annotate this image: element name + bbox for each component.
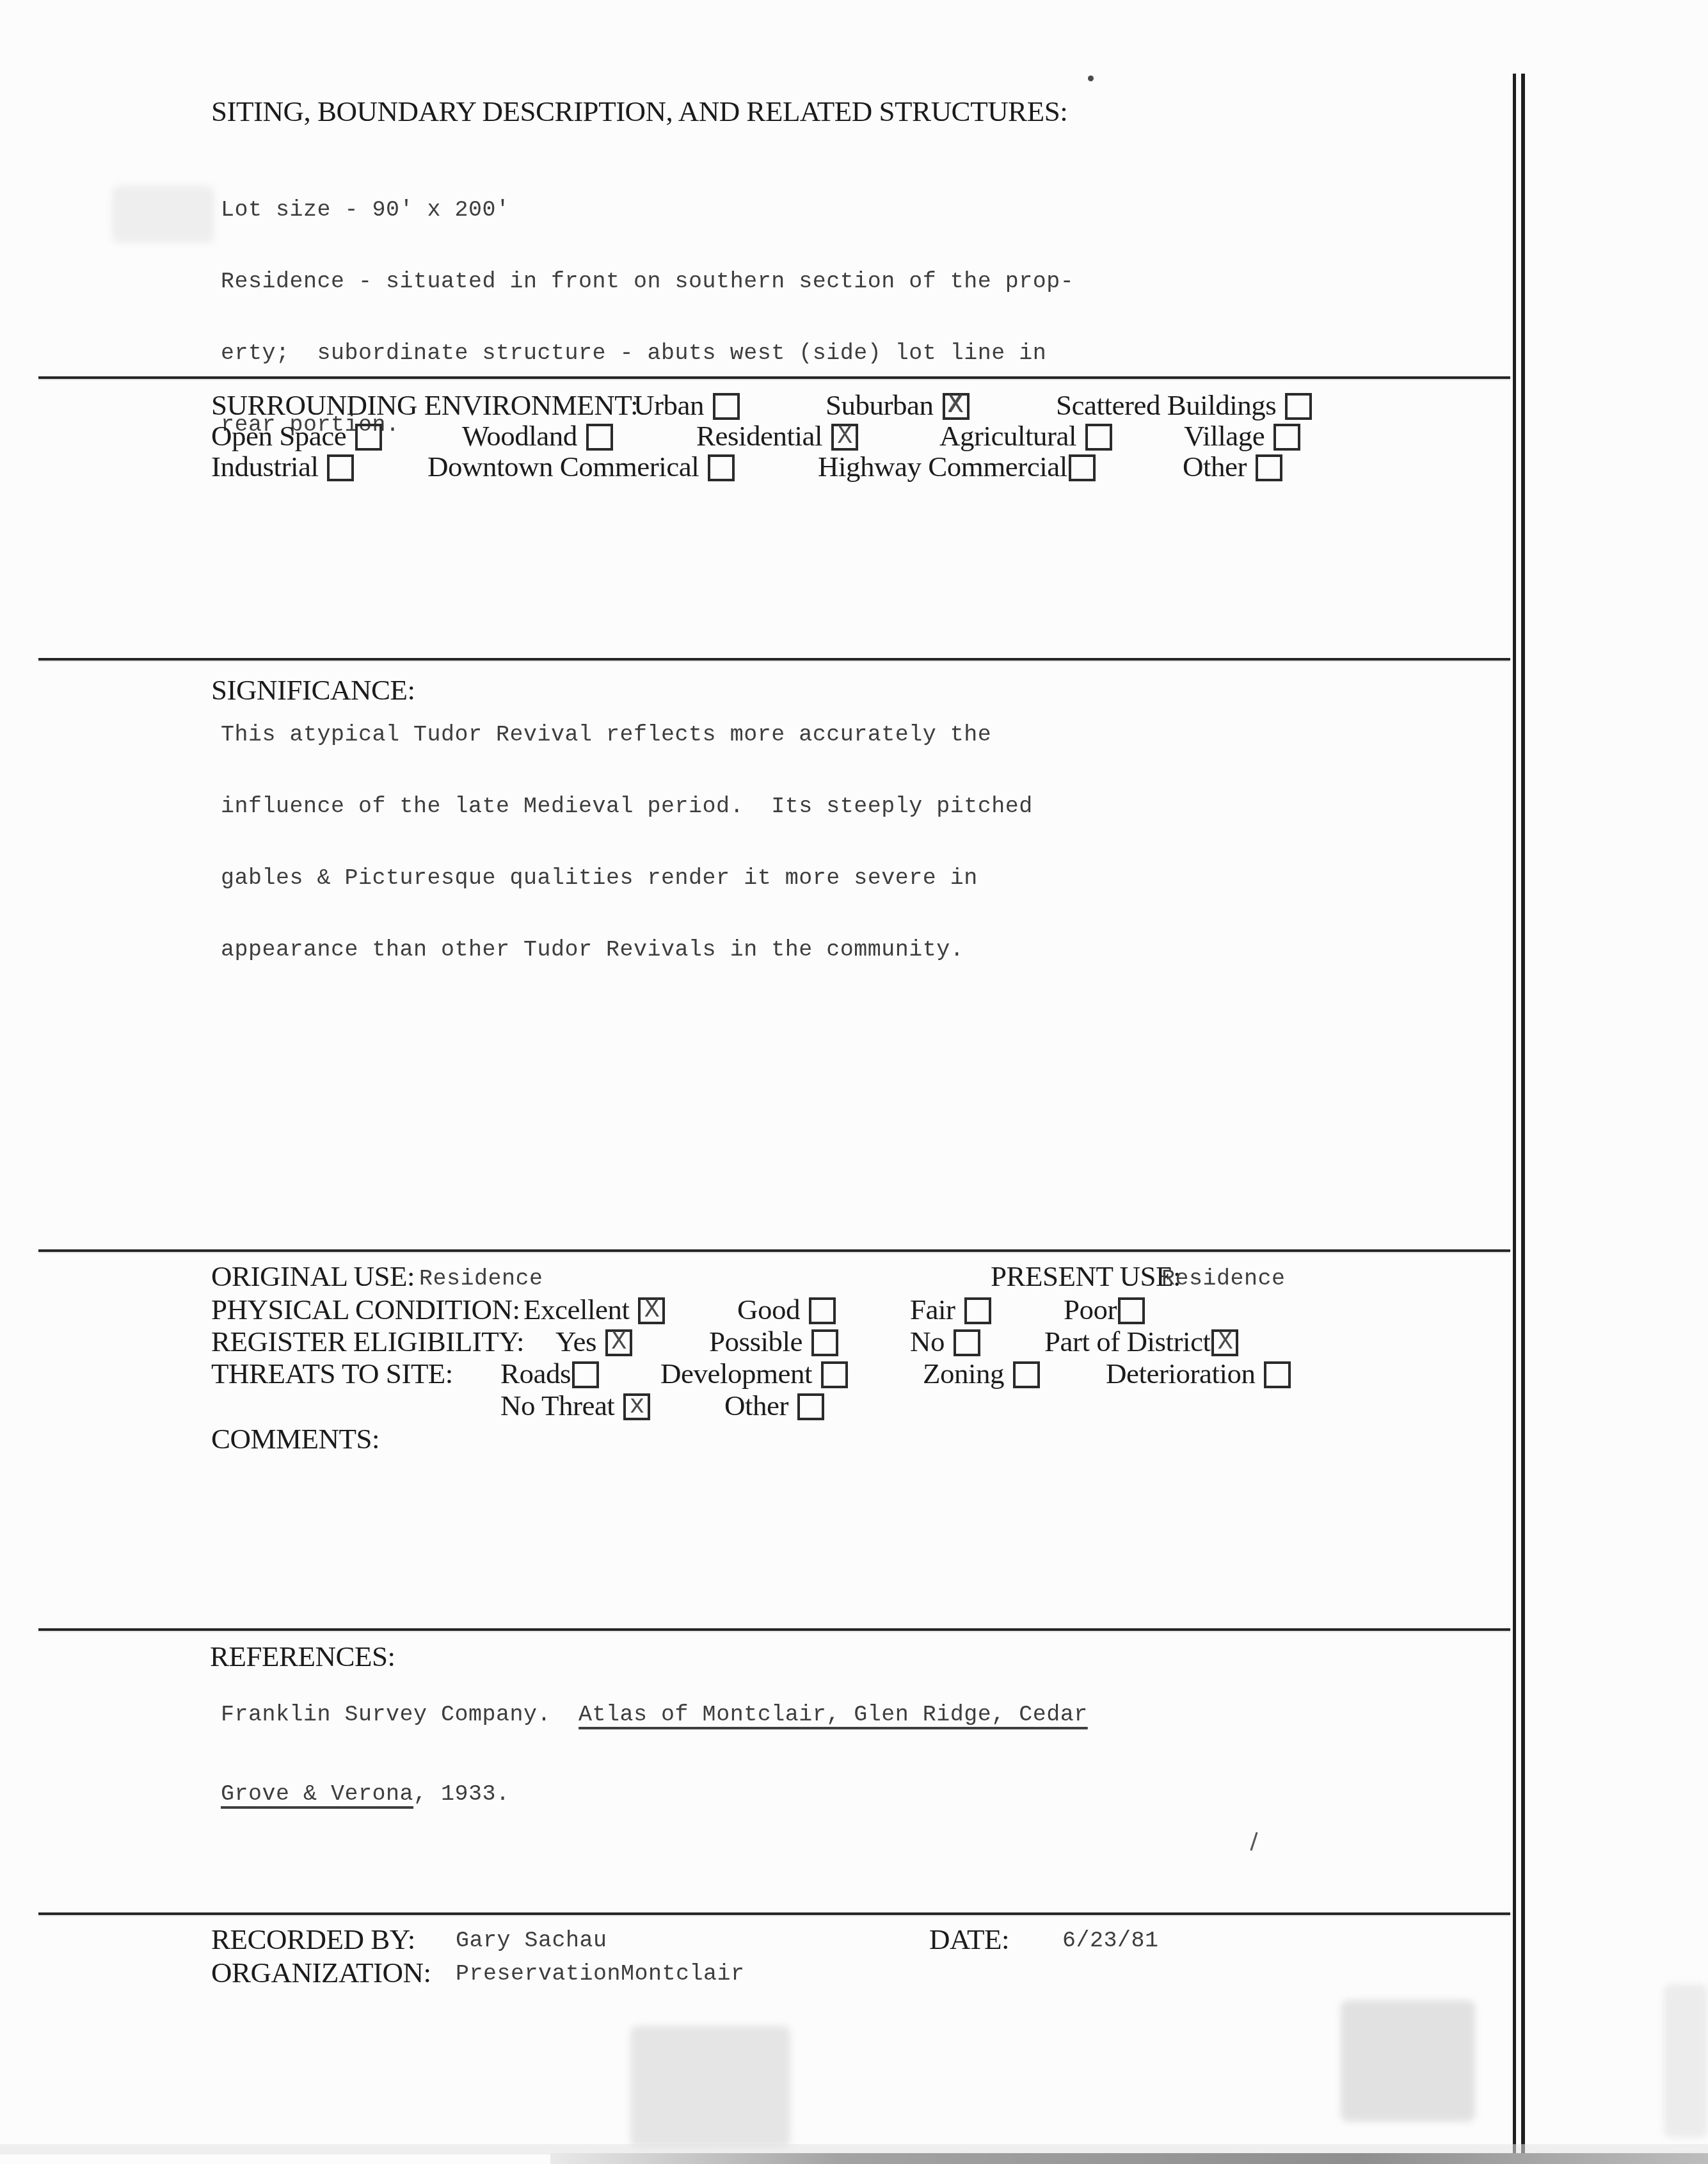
environment-label: SURROUNDING ENVIRONMENT: <box>211 389 638 422</box>
scan-smudge <box>1341 2000 1475 2122</box>
scanned-survey-form-page: SITING, BOUNDARY DESCRIPTION, AND RELATE… <box>0 0 1708 2164</box>
scan-edge-line <box>1521 74 1525 2164</box>
environment-row-3: Industrial Downtown Commerical Highway C… <box>0 450 1708 483</box>
section-divider <box>38 658 1510 661</box>
checkbox-suburban: X <box>943 393 970 420</box>
scan-edge-line <box>1513 74 1516 2164</box>
checkbox-deterioration <box>1264 1361 1291 1388</box>
checkbox-no-threat: x <box>623 1393 650 1420</box>
register-option-part-of-district: Part of District X <box>1044 1325 1238 1358</box>
original-use-value: Residence <box>419 1261 543 1297</box>
checkbox-downtown-commercial <box>708 454 735 481</box>
environment-row-1: SURROUNDING ENVIRONMENT: Urban Suburban … <box>0 389 1708 422</box>
threat-option-zoning: Zoning <box>923 1357 1040 1390</box>
env-option-urban: Urban <box>634 389 740 422</box>
env-option-agricultural: Agricultural <box>939 419 1112 453</box>
env-option-industrial: Industrial <box>211 450 354 483</box>
significance-label: SIGNIFICANCE: <box>211 673 415 707</box>
environment-row-2: Open Space Woodland Residential X Agricu… <box>0 419 1708 453</box>
threats-row-1: THREATS TO SITE: Roads Development Zonin… <box>0 1357 1708 1390</box>
env-option-woodland: Woodland <box>462 419 613 453</box>
checkbox-env-other <box>1256 454 1282 481</box>
checkbox-scattered-buildings <box>1285 393 1312 420</box>
scan-smudge <box>112 186 214 243</box>
checkbox-fair <box>964 1297 991 1324</box>
section-divider <box>38 1249 1510 1252</box>
condition-option-good: Good <box>737 1293 836 1326</box>
condition-option-excellent: Excellent X <box>523 1293 665 1326</box>
env-option-open-space: Open Space <box>211 419 382 453</box>
present-use-label: PRESENT USE: <box>991 1260 1181 1293</box>
checkbox-development <box>821 1361 848 1388</box>
threat-option-development: Development <box>660 1357 848 1390</box>
env-option-village: Village <box>1184 419 1300 453</box>
threat-option-roads: Roads <box>500 1357 599 1390</box>
checkbox-industrial <box>327 454 354 481</box>
date-label: DATE: <box>929 1923 1009 1956</box>
checkbox-threat-other <box>797 1393 824 1420</box>
section-divider <box>38 376 1510 379</box>
checkbox-highway-commercial <box>1069 454 1096 481</box>
register-eligibility-label: REGISTER ELIGIBILITY: <box>211 1325 524 1358</box>
condition-option-fair: Fair <box>910 1293 991 1326</box>
checkbox-village <box>1273 424 1300 451</box>
scan-speck <box>1088 76 1094 81</box>
reference-title-underlined: Atlas of Montclair, Glen Ridge, Cedar <box>579 1702 1088 1727</box>
comments-label: COMMENTS: <box>211 1422 379 1455</box>
scan-pen-mark <box>1250 1832 1257 1850</box>
env-option-downtown-commercial: Downtown Commerical <box>427 450 735 483</box>
scan-smudge <box>1664 1984 1708 2138</box>
threat-option-no-threat: No Threat x <box>500 1389 650 1422</box>
scan-smudge <box>630 2026 790 2147</box>
env-option-other: Other <box>1183 450 1282 483</box>
register-option-possible: Possible <box>709 1325 838 1358</box>
significance-text: This atypical Tudor Revival reflects mor… <box>221 717 1033 968</box>
env-option-suburban: Suburban X X <box>826 389 970 422</box>
checkbox-good <box>809 1297 836 1324</box>
organization-label: ORGANIZATION: <box>211 1956 431 1989</box>
checkbox-excellent: X <box>638 1297 665 1324</box>
recorded-by-label: RECORDED BY: <box>211 1923 415 1956</box>
original-use-label: ORIGINAL USE: <box>211 1260 415 1293</box>
checkbox-woodland <box>586 424 613 451</box>
checkbox-agricultural <box>1085 424 1112 451</box>
section-divider <box>38 1628 1510 1631</box>
checkbox-no <box>954 1329 980 1356</box>
physical-condition-row: PHYSICAL CONDITION: Excellent X Good Fai… <box>0 1293 1708 1326</box>
threat-option-other: Other <box>724 1389 824 1422</box>
date-value: 6/23/81 <box>1062 1923 1159 1959</box>
checkbox-urban <box>713 393 740 420</box>
env-option-highway-commercial: Highway Commercial <box>818 450 1096 483</box>
checkbox-zoning <box>1013 1361 1040 1388</box>
checkbox-yes: X <box>605 1329 632 1356</box>
physical-condition-label: PHYSICAL CONDITION: <box>211 1293 520 1326</box>
register-eligibility-row: REGISTER ELIGIBILITY: Yes X Possible No … <box>0 1325 1708 1358</box>
checkbox-possible <box>811 1329 838 1356</box>
scan-bottom-bar <box>550 2153 1708 2164</box>
recorded-by-value: Gary Sachau <box>456 1923 607 1959</box>
condition-option-poor: Poor <box>1064 1293 1145 1326</box>
use-row: ORIGINAL USE: Residence PRESENT USE: Res… <box>0 1260 1708 1293</box>
checkbox-roads <box>572 1361 599 1388</box>
checkbox-part-of-district: X <box>1211 1329 1238 1356</box>
register-option-no: No <box>910 1325 980 1358</box>
section-divider <box>38 1912 1510 1915</box>
siting-section-header: SITING, BOUNDARY DESCRIPTION, AND RELATE… <box>211 95 1067 128</box>
present-use-value: Residence <box>1161 1261 1286 1297</box>
threats-label: THREATS TO SITE: <box>211 1357 453 1390</box>
reference-title-underlined: Grove & Verona <box>221 1781 413 1807</box>
checkbox-residential: X <box>831 424 858 451</box>
checkbox-open-space <box>355 424 382 451</box>
references-label: REFERENCES: <box>210 1640 395 1673</box>
threats-row-2: No Threat x Other <box>0 1389 1708 1422</box>
checkbox-poor <box>1118 1297 1145 1324</box>
register-option-yes: Yes X <box>555 1325 632 1358</box>
env-option-residential: Residential X <box>696 419 858 453</box>
references-text: Franklin Survey Company. Atlas of Montcl… <box>221 1695 1088 1814</box>
organization-value: PreservationMontclair <box>456 1956 745 1992</box>
env-option-scattered-buildings: Scattered Buildings <box>1056 389 1312 422</box>
threat-option-deterioration: Deterioration <box>1106 1357 1291 1390</box>
